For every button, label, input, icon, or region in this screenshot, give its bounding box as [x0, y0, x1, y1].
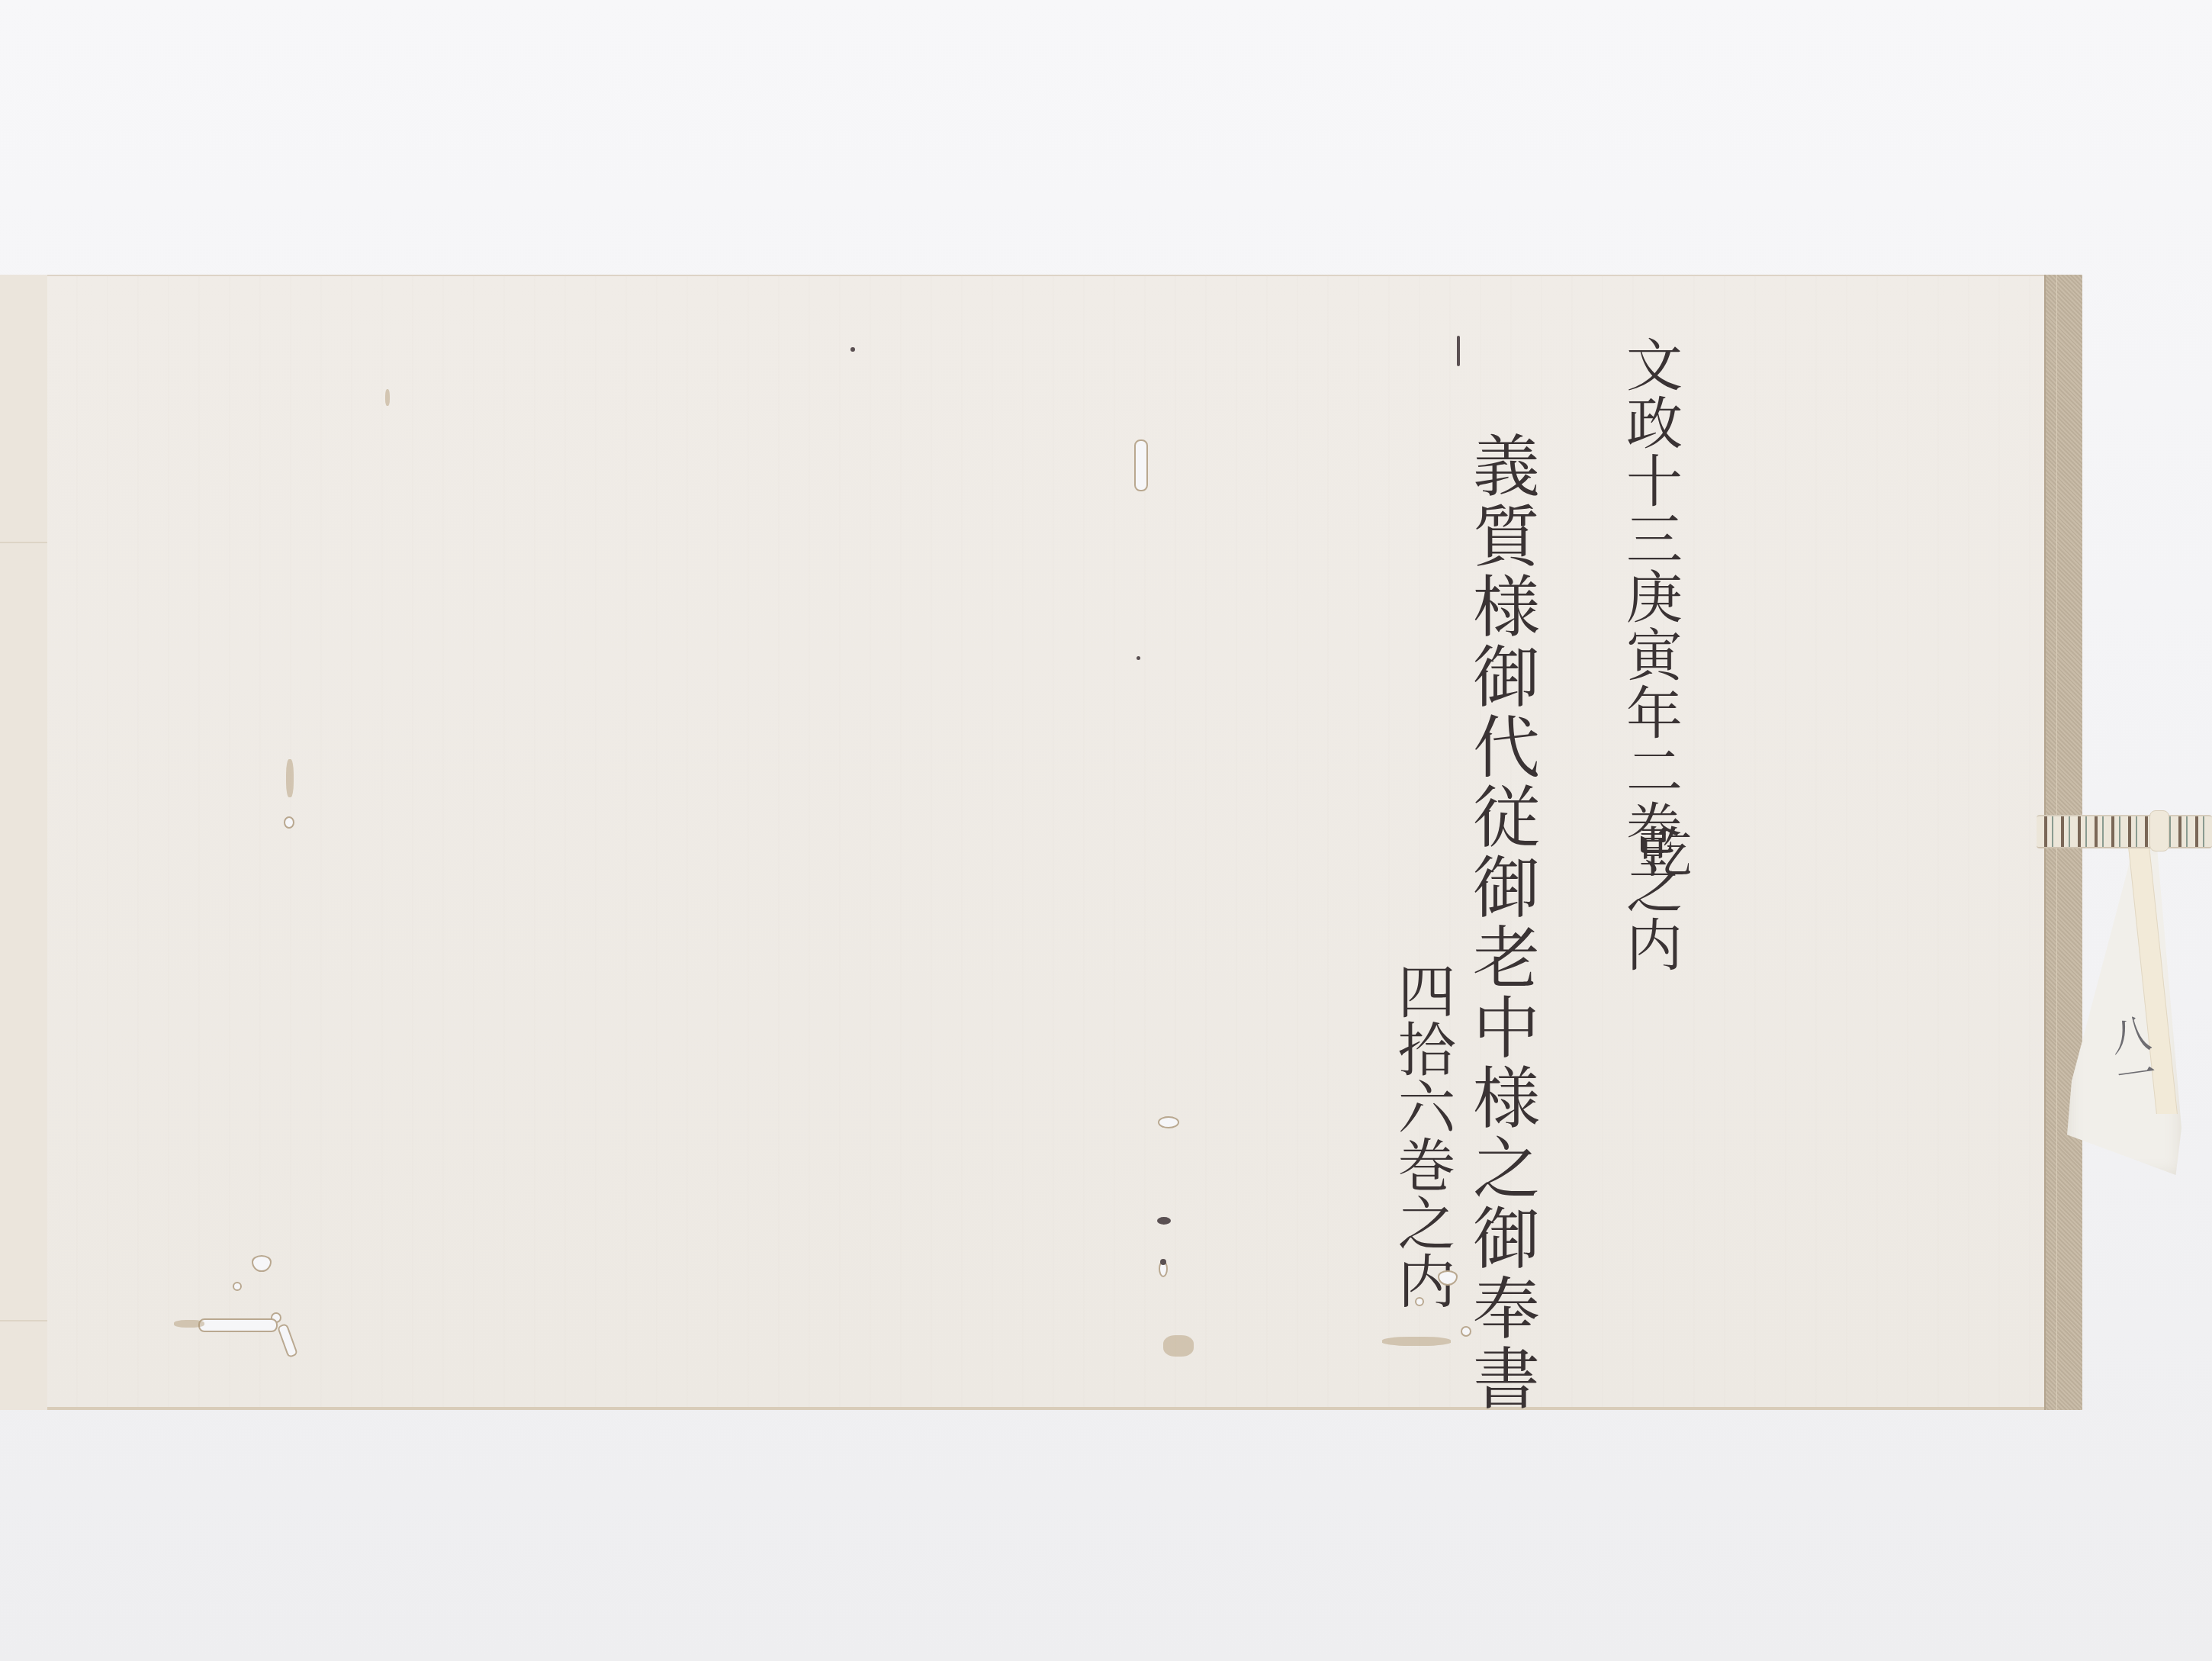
cord-knot: [2149, 810, 2169, 851]
braided-tie-cord: [2037, 815, 2212, 848]
rolled-scroll-layers: [0, 275, 48, 1410]
volume-mark-text: 乾: [1623, 824, 1700, 879]
layer-seam: [0, 1320, 47, 1321]
layer-seam: [0, 542, 47, 543]
scroll-paper: [47, 275, 2044, 1410]
tag-number-text: 八一: [2096, 1011, 2164, 1097]
scroll-title-text: 義質様御代従御老中様之御奉書: [1453, 431, 1549, 1414]
handscroll: [0, 275, 2105, 1410]
volume-count-text: 四拾六巻之内: [1381, 961, 1464, 1309]
